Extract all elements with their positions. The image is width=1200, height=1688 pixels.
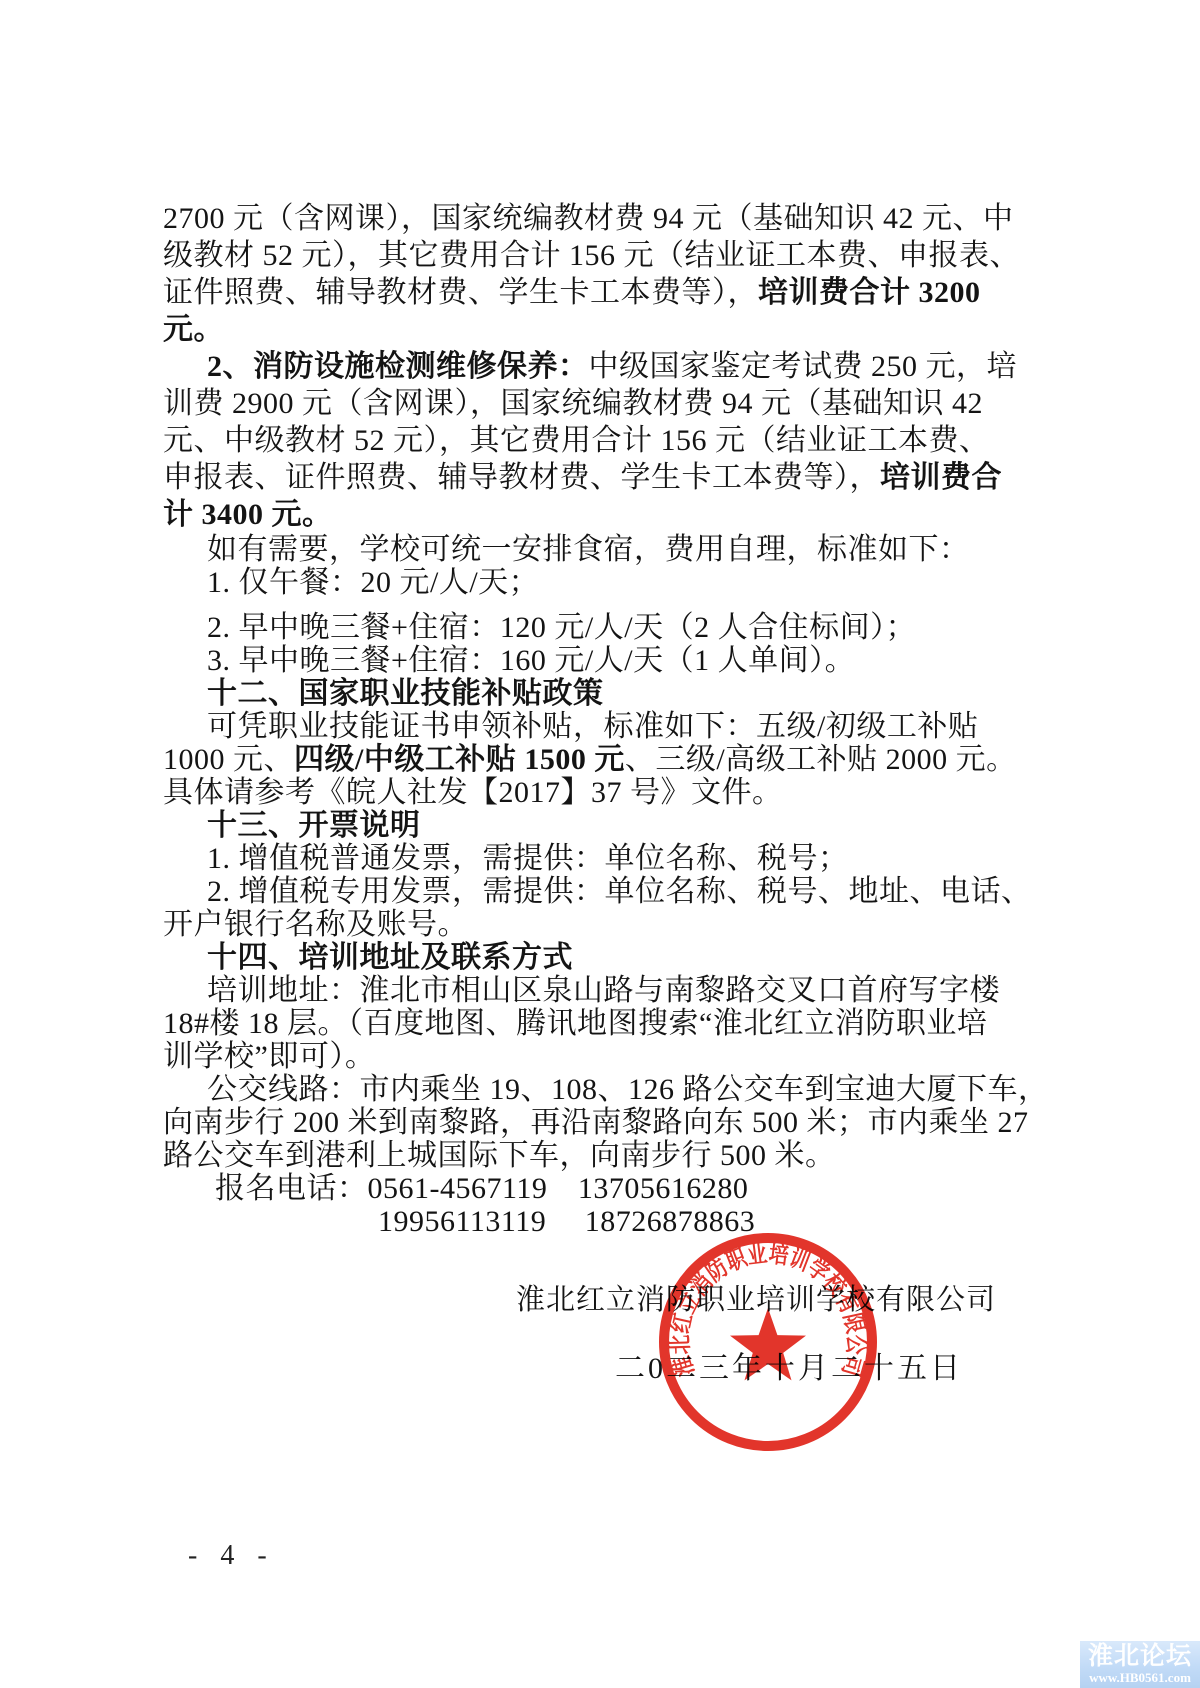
line-text: 1000 元、 [163, 743, 294, 776]
line-text: 公交线路：市内乘坐 19、108、126 路公交车到宝迪大厦下车， [207, 1073, 1049, 1106]
document-body: 2700 元（含网课），国家统编教材费 94 元（基础知识 42 元、中 级教材… [163, 200, 1073, 1385]
body-line: 训学校”即可）。 [163, 1040, 1073, 1073]
body-line: 向南步行 200 米到南黎路，再沿南黎路向东 500 米；市内乘坐 27 [163, 1106, 1073, 1139]
body-line: 具体请参考《皖人社发【2017】37 号》文件。 [163, 776, 1073, 809]
body-line: 培训地址：淮北市相山区泉山路与南黎路交叉口首府写字楼 [163, 974, 1073, 1007]
body-line: 申报表、证件照费、辅导教材费、学生卡工本费等），培训费合 [163, 459, 1073, 496]
watermark-title: 淮北论坛 [1080, 1642, 1200, 1670]
line-text: 、三级/高级工补贴 2000 元。 [625, 743, 1017, 776]
line-text: 2700 元（含网课），国家统编教材费 94 元（基础知识 42 元、中 [163, 202, 1014, 235]
body-line: 2、消防设施检测维修保养：中级国家鉴定考试费 250 元，培 [163, 348, 1073, 385]
line-text: 具体请参考《皖人社发【2017】37 号》文件。 [163, 776, 783, 809]
line-text: 如有需要，学校可统一安排食宿，费用自理，标准如下： [207, 533, 970, 566]
body-line: 证件照费、辅导教材费、学生卡工本费等），培训费合计 3200 [163, 274, 1073, 311]
watermark-url: www.HB0561.com [1080, 1670, 1200, 1685]
document-page: 2700 元（含网课），国家统编教材费 94 元（基础知识 42 元、中 级教材… [0, 0, 1200, 1688]
line-text: 培训地址：淮北市相山区泉山路与南黎路交叉口首府写字楼 [207, 974, 1000, 1007]
section-heading: 十四、培训地址及联系方式 [163, 941, 1073, 974]
line-text: 1. 增值税普通发票，需提供：单位名称、税号； [207, 842, 849, 875]
body-line: 2. 增值税专用发票，需提供：单位名称、税号、地址、电话、 [163, 875, 1073, 908]
line-text: 2. 增值税专用发票，需提供：单位名称、税号、地址、电话、 [207, 875, 1032, 908]
line-text: 路公交车到港利上城国际下车，向南步行 500 米。 [163, 1139, 836, 1172]
line-text: 18#楼 18 层。（百度地图、腾讯地图搜索“淮北红立消防职业培 [163, 1007, 987, 1040]
line-text-bold: 四级/中级工补贴 1500 元 [294, 743, 625, 776]
line-text: 证件照费、辅导教材费、学生卡工本费等）， [163, 276, 758, 309]
line-text: 3. 早中晚三餐+住宿：160 元/人/天（1 人单间）。 [207, 644, 855, 677]
date-line: 二0二三年十月二十五日 [163, 1352, 1073, 1385]
body-line: 2. 早中晚三餐+住宿：120 元/人/天（2 人合住标间）； [163, 611, 1073, 644]
body-line: 3. 早中晚三餐+住宿：160 元/人/天（1 人单间）。 [163, 644, 1073, 677]
line-text: 可凭职业技能证书申领补贴，标准如下：五级/初级工补贴 [207, 710, 978, 743]
line-text: 1. 仅午餐：20 元/人/天； [207, 566, 539, 599]
phone-numbers-line: 19956113119 18726878863 [163, 1205, 1073, 1238]
seal-star-icon [730, 1308, 806, 1380]
body-line: 元、中级教材 52 元），其它费用合计 156 元（结业证工本费、 [163, 422, 1073, 459]
body-line: 2700 元（含网课），国家统编教材费 94 元（基础知识 42 元、中 [163, 200, 1073, 237]
section-heading: 十二、国家职业技能补贴政策 [163, 677, 1073, 710]
line-text-bold: 十二、国家职业技能补贴政策 [207, 677, 604, 710]
line-text: 申报表、证件照费、辅导教材费、学生卡工本费等）， [163, 461, 880, 494]
body-line: 1. 仅午餐：20 元/人/天； [163, 566, 1073, 599]
page-number: - 4 - [188, 1540, 275, 1572]
line-text-bold: 计 3400 元。 [163, 498, 333, 531]
line-text: 级教材 52 元），其它费用合计 156 元（结业证工本费、申报表、 [163, 239, 1020, 272]
line-text: 元、中级教材 52 元），其它费用合计 156 元（结业证工本费、 [163, 424, 990, 457]
line-text: 训学校”即可）。 [163, 1040, 375, 1073]
body-line: 可凭职业技能证书申领补贴，标准如下：五级/初级工补贴 [163, 710, 1073, 743]
line-text-bold: 元。 [163, 313, 224, 346]
line-text-bold: 十四、培训地址及联系方式 [207, 941, 573, 974]
line-text-bold: 十三、开票说明 [207, 809, 421, 842]
body-line: 18#楼 18 层。（百度地图、腾讯地图搜索“淮北红立消防职业培 [163, 1007, 1073, 1040]
line-text-bold: 培训费合 [880, 461, 1002, 494]
body-line: 1000 元、四级/中级工补贴 1500 元、三级/高级工补贴 2000 元。 [163, 743, 1073, 776]
line-text: 开户银行名称及账号。 [163, 908, 468, 941]
line-text: 训费 2900 元（含网课），国家统编教材费 94 元（基础知识 42 [163, 387, 983, 420]
company-seal: 淮北红立消防职业培训学校有限公司 [648, 1222, 888, 1462]
signature-line: 淮北红立消防职业培训学校有限公司 [163, 1284, 1073, 1317]
line-text: 向南步行 200 米到南黎路，再沿南黎路向东 500 米；市内乘坐 27 [163, 1106, 1029, 1139]
body-line: 1. 增值税普通发票，需提供：单位名称、税号； [163, 842, 1073, 875]
body-line: 元。 [163, 311, 1073, 348]
line-text: 2. 早中晚三餐+住宿：120 元/人/天（2 人合住标间）； [207, 611, 916, 644]
body-line: 如有需要，学校可统一安排食宿，费用自理，标准如下： [163, 533, 1073, 566]
line-text: 中级国家鉴定考试费 250 元，培 [589, 350, 1018, 383]
line-text: 报名电话：0561-4567119 13705616280 [215, 1172, 748, 1205]
line-text-bold: 2、消防设施检测维修保养： [207, 350, 589, 383]
forum-watermark: 淮北论坛 www.HB0561.com [1080, 1641, 1200, 1688]
body-line: 开户银行名称及账号。 [163, 908, 1073, 941]
section-heading: 十三、开票说明 [163, 809, 1073, 842]
body-line: 级教材 52 元），其它费用合计 156 元（结业证工本费、申报表、 [163, 237, 1073, 274]
body-line: 训费 2900 元（含网课），国家统编教材费 94 元（基础知识 42 [163, 385, 1073, 422]
phone-numbers-line: 报名电话：0561-4567119 13705616280 [163, 1172, 1073, 1205]
body-line: 公交线路：市内乘坐 19、108、126 路公交车到宝迪大厦下车， [163, 1073, 1073, 1106]
body-line: 计 3400 元。 [163, 496, 1073, 533]
body-line: 路公交车到港利上城国际下车，向南步行 500 米。 [163, 1139, 1073, 1172]
line-text-bold: 培训费合计 3200 [758, 276, 981, 309]
